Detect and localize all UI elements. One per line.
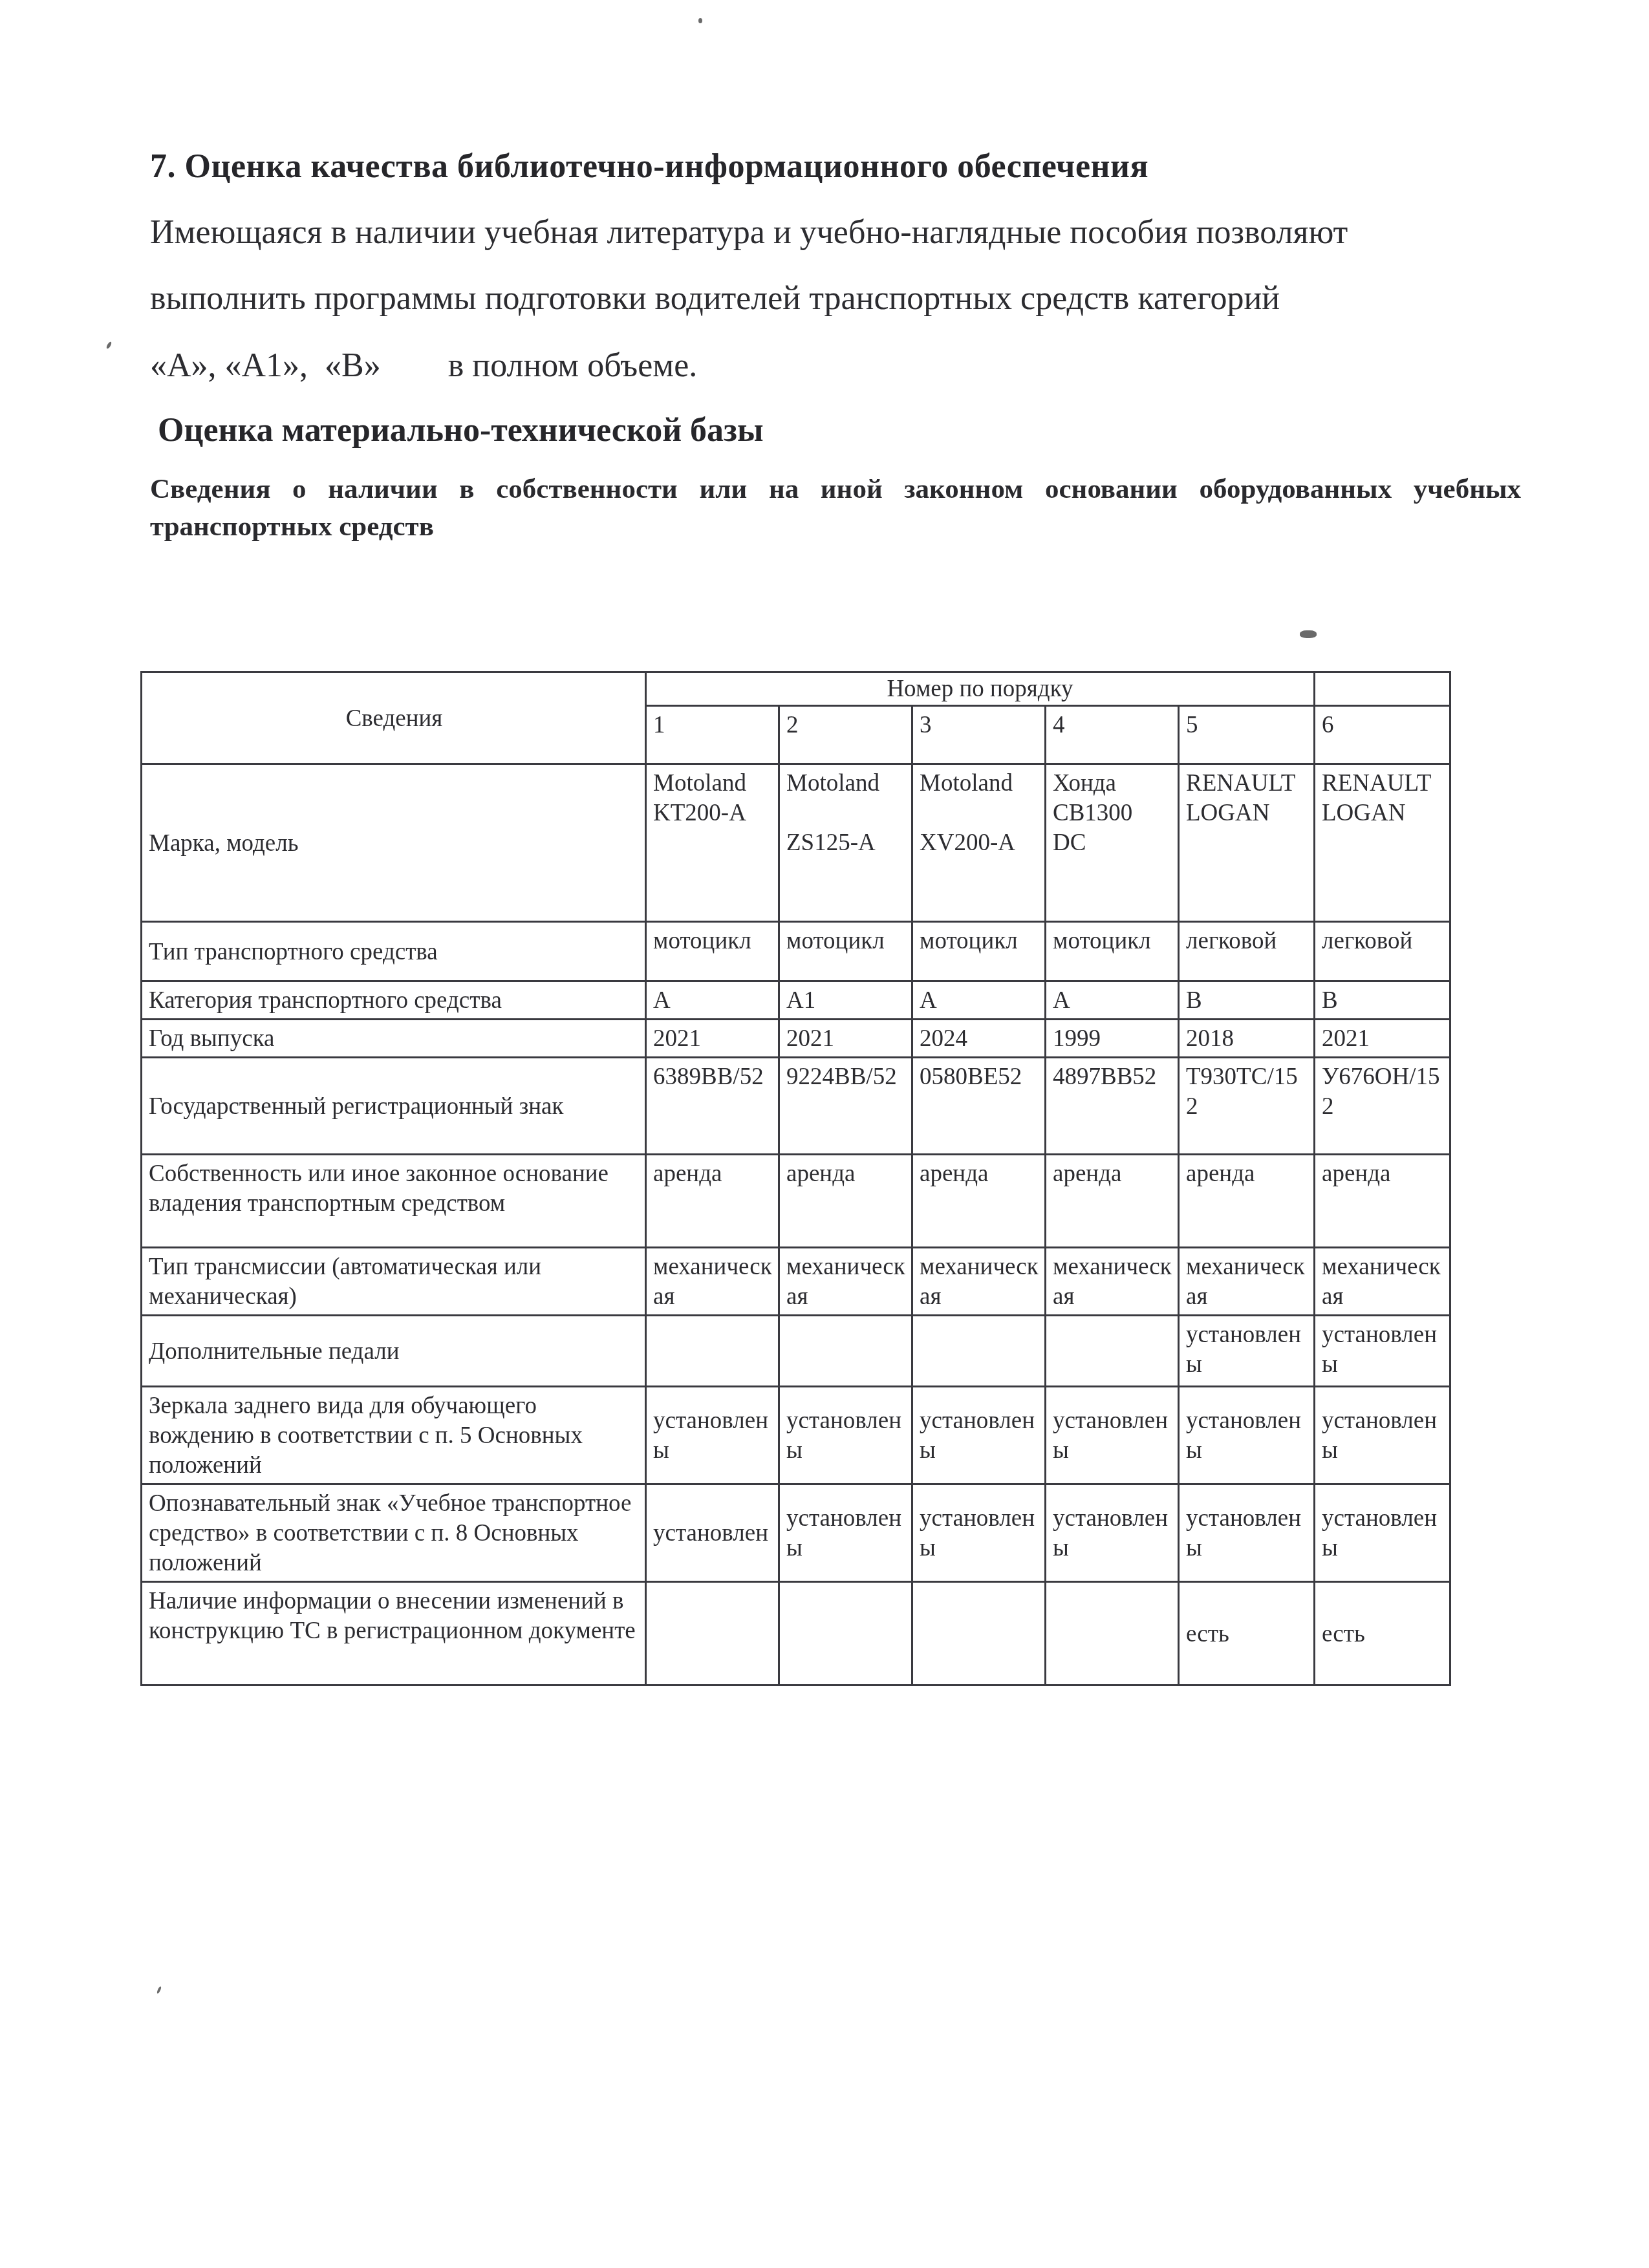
table-cell: Motoland ZS125-A (779, 764, 912, 922)
row-label: Тип транспортного средства (142, 922, 646, 981)
subsection-title: Оценка материально-технической базы (158, 411, 1522, 449)
table-cell: A (912, 981, 1046, 1020)
row-label: Дополнительные педали (142, 1316, 646, 1387)
body-line: выполнить программы подготовки водителей… (150, 279, 1280, 317)
table-cell: Motoland XV200-A (912, 764, 1046, 922)
table-cell: 4897BB52 (1046, 1058, 1179, 1155)
row-label: Наличие информации о внесении изменений … (142, 1582, 646, 1685)
table-cell: мотоцикл (779, 922, 912, 981)
table-row: Дополнительные педалиустановленыустановл… (142, 1316, 1450, 1387)
scan-speck (156, 1986, 162, 1995)
table-cell: механическая (1179, 1248, 1315, 1316)
group-header: Номер по порядку (646, 672, 1315, 706)
table-cell: A (1046, 981, 1179, 1020)
scan-speck (105, 341, 112, 350)
scan-speck (1300, 630, 1317, 638)
table-cell: установлены (1315, 1316, 1450, 1387)
table-cell: Хонда CB1300 DC (1046, 764, 1179, 922)
column-number: 2 (779, 706, 912, 764)
table-cell: легковой (1179, 922, 1315, 981)
row-label: Тип трансмиссии (автоматическая или меха… (142, 1248, 646, 1316)
body-line: Имеющаяся в наличии учебная литература и… (150, 213, 1348, 251)
table-cell: T930TC/152 (1179, 1058, 1315, 1155)
scan-speck (698, 18, 702, 23)
corner-header: Сведения (142, 672, 646, 764)
table-cell: мотоцикл (1046, 922, 1179, 981)
table-row: Год выпуска202120212024199920182021 (142, 1020, 1450, 1058)
table-cell: мотоцикл (912, 922, 1046, 981)
table-cell: A1 (779, 981, 912, 1020)
table-cell: 1999 (1046, 1020, 1179, 1058)
column-number: 3 (912, 706, 1046, 764)
row-label: Опознавательный знак «Учебное транспортн… (142, 1484, 646, 1582)
table-cell: есть (1315, 1582, 1450, 1685)
table-cell: RENAULT LOGAN (1315, 764, 1450, 922)
body-line: «А», «А1», «В» в полном объеме. (150, 347, 697, 385)
table-cell: 2021 (779, 1020, 912, 1058)
table-cell: установлены (1179, 1484, 1315, 1582)
column-number: 6 (1315, 706, 1450, 764)
vehicles-table: Сведения Номер по порядку 123456 Марка, … (140, 671, 1451, 1686)
table-row: Опознавательный знак «Учебное транспортн… (142, 1484, 1450, 1582)
row-label: Зеркала заднего вида для обучающего вожд… (142, 1387, 646, 1484)
table-row: Тип трансмиссии (автоматическая или меха… (142, 1248, 1450, 1316)
table-cell: установлены (1046, 1484, 1179, 1582)
table-cell (912, 1316, 1046, 1387)
table-caption: Сведения о наличии в собственности или н… (150, 471, 1521, 546)
table-cell: мотоцикл (646, 922, 779, 981)
table-cell: установлены (779, 1484, 912, 1582)
table-cell: 0580BE52 (912, 1058, 1046, 1155)
table-cell: установлены (912, 1484, 1046, 1582)
table-cell: механическая (646, 1248, 779, 1316)
row-label: Марка, модель (142, 764, 646, 922)
table-cell: установлены (646, 1387, 779, 1484)
row-label: Год выпуска (142, 1020, 646, 1058)
section-title: 7. Оценка качества библиотечно-информаци… (150, 147, 1514, 186)
table-cell (1046, 1582, 1179, 1685)
table-cell: 2018 (1179, 1020, 1315, 1058)
column-number: 1 (646, 706, 779, 764)
table-cell: установлены (1315, 1484, 1450, 1582)
table-cell: B (1315, 981, 1450, 1020)
table-cell (1046, 1316, 1179, 1387)
table-cell: 9224BB/52 (779, 1058, 912, 1155)
table-cell: установлены (912, 1387, 1046, 1484)
table-cell: B (1179, 981, 1315, 1020)
table-cell: установлены (1046, 1387, 1179, 1484)
table-row: Категория транспортного средстваAA1AABB (142, 981, 1450, 1020)
table-cell: Motoland KT200-A (646, 764, 779, 922)
table-cell (912, 1582, 1046, 1685)
column-number: 5 (1179, 706, 1315, 764)
table-cell: RENAULT LOGAN (1179, 764, 1315, 922)
table-cell (646, 1582, 779, 1685)
table-cell: 2021 (646, 1020, 779, 1058)
table-cell: 2021 (1315, 1020, 1450, 1058)
table-row: Собственность или иное законное основани… (142, 1155, 1450, 1248)
table-cell: установлены (1315, 1387, 1450, 1484)
table-row: Тип транспортного средствамотоциклмотоци… (142, 922, 1450, 981)
table-cell: аренда (646, 1155, 779, 1248)
table-cell: установлены (779, 1387, 912, 1484)
table-cell: легковой (1315, 922, 1450, 981)
table-cell: 2024 (912, 1020, 1046, 1058)
group-header-empty (1315, 672, 1450, 706)
table-cell: аренда (1179, 1155, 1315, 1248)
table-header-row: Сведения Номер по порядку (142, 672, 1450, 706)
table-cell: механическая (1315, 1248, 1450, 1316)
table-cell: 6389BB/52 (646, 1058, 779, 1155)
table-body: Сведения Номер по порядку 123456 Марка, … (142, 672, 1450, 1685)
table-cell (646, 1316, 779, 1387)
table-cell: установлены (1179, 1387, 1315, 1484)
table-row: Зеркала заднего вида для обучающего вожд… (142, 1387, 1450, 1484)
table-cell: механическая (779, 1248, 912, 1316)
table-cell: аренда (1315, 1155, 1450, 1248)
row-label: Собственность или иное законное основани… (142, 1155, 646, 1248)
table-cell: A (646, 981, 779, 1020)
table-cell: У676ОН/152 (1315, 1058, 1450, 1155)
table-cell: аренда (1046, 1155, 1179, 1248)
table-cell (779, 1582, 912, 1685)
column-number: 4 (1046, 706, 1179, 764)
table-cell: аренда (779, 1155, 912, 1248)
table-cell: механическая (1046, 1248, 1179, 1316)
row-label: Категория транспортного средства (142, 981, 646, 1020)
table-row: Марка, модельMotoland KT200-AMotoland ZS… (142, 764, 1450, 922)
table-cell: есть (1179, 1582, 1315, 1685)
table-row: Государственный регистрационный знак6389… (142, 1058, 1450, 1155)
table-cell: аренда (912, 1155, 1046, 1248)
table-cell: установлены (1179, 1316, 1315, 1387)
table-row: Наличие информации о внесении изменений … (142, 1582, 1450, 1685)
table-cell (779, 1316, 912, 1387)
row-label: Государственный регистрационный знак (142, 1058, 646, 1155)
table-cell: установлен (646, 1484, 779, 1582)
table-cell: механическая (912, 1248, 1046, 1316)
